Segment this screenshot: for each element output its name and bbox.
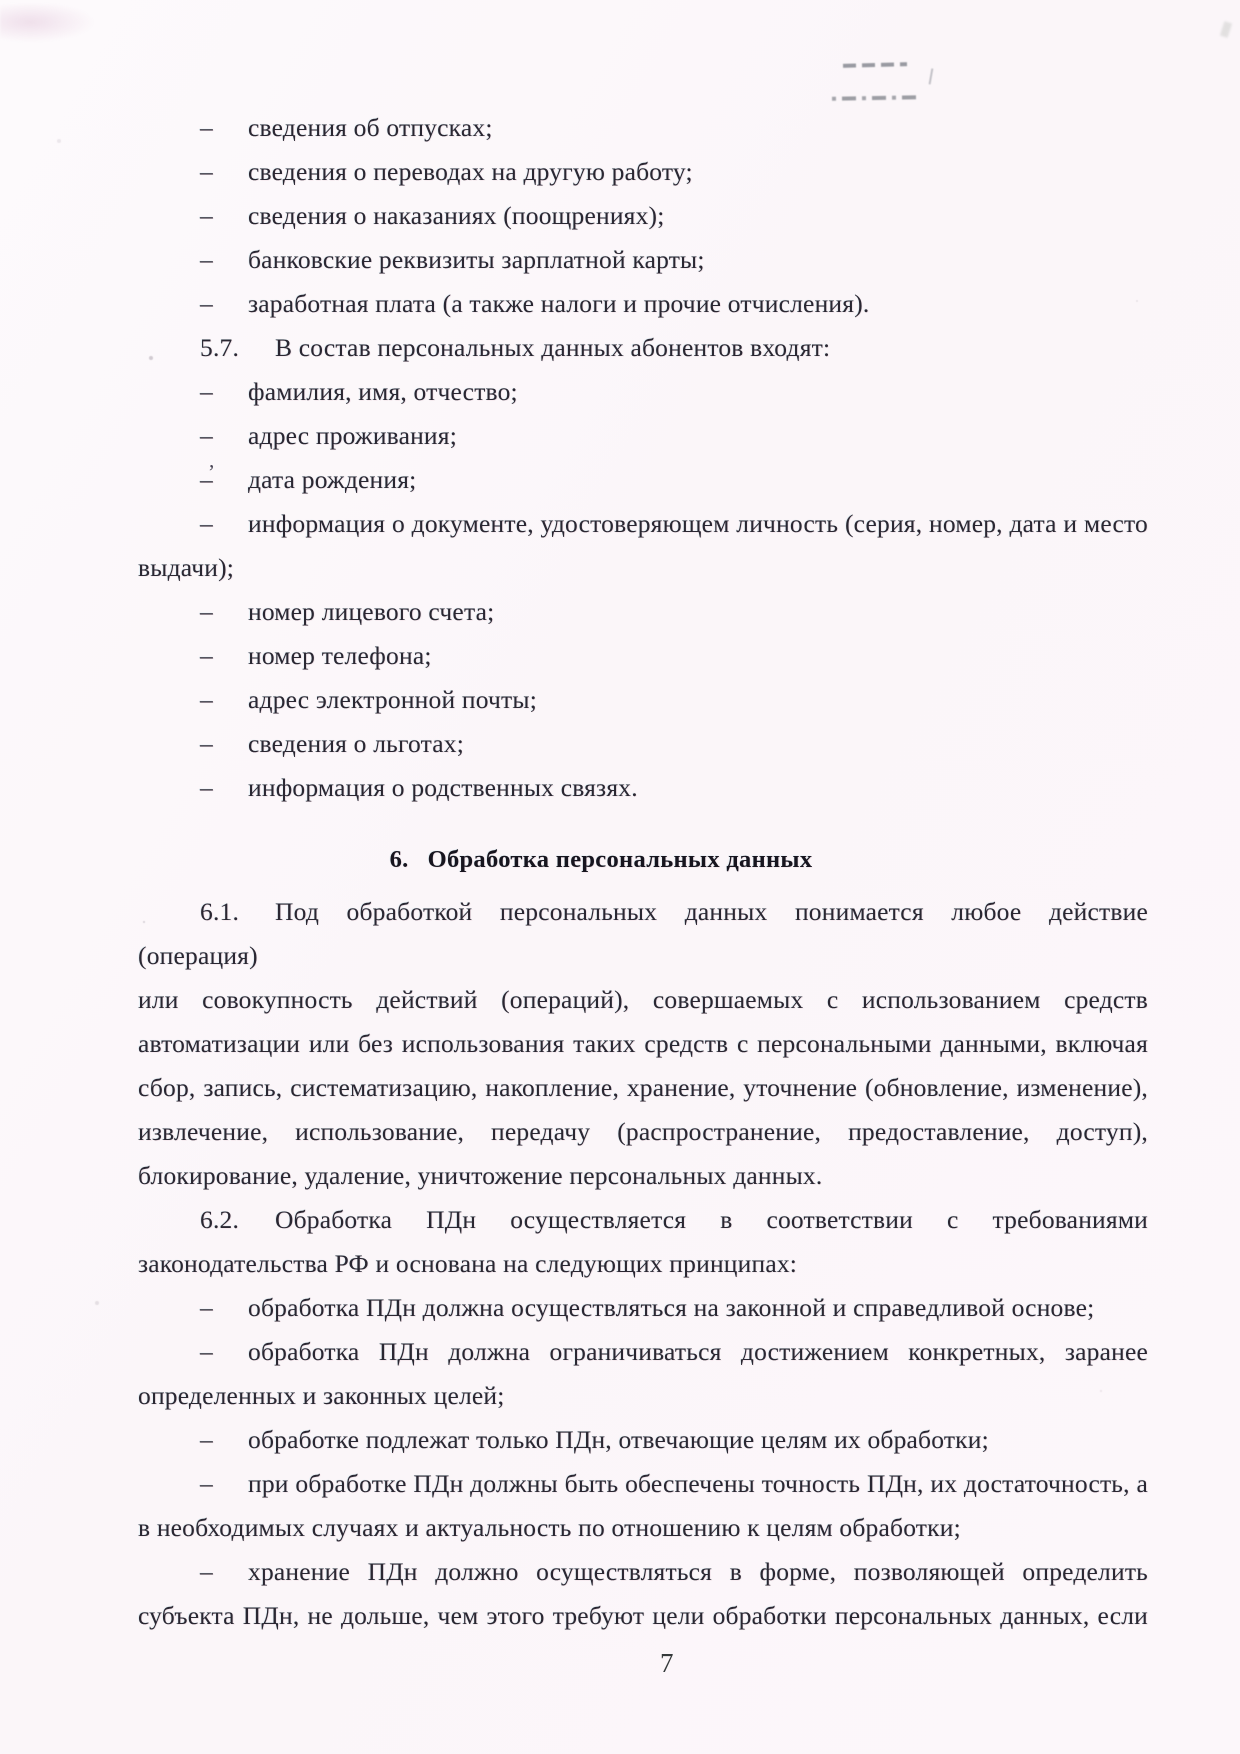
principle-item: –обработка ПДн должна ограничиваться дос… <box>138 1330 1148 1418</box>
principle-line: –хранение ПДн должно осуществляться в фо… <box>138 1550 1148 1594</box>
list-item-text: информация о документе, удостоверяющем л… <box>248 509 1148 538</box>
scan-smudge-dash-2 <box>832 95 920 101</box>
list-dash-icon: – <box>200 458 248 502</box>
clause-number: 6.1. <box>200 890 275 934</box>
list-dash-icon: – <box>200 1330 248 1374</box>
list-item: –фамилия, имя, отчество; <box>138 370 1148 414</box>
list-dash-icon: – <box>200 722 248 766</box>
list-dash-icon: – <box>200 1462 248 1506</box>
list-dash-icon: – <box>200 634 248 678</box>
principle-line: –обработка ПДн должна ограничиваться дос… <box>138 1330 1148 1374</box>
list-item: –сведения о наказаниях (поощрениях); <box>138 194 1148 238</box>
clause-text: Под обработкой персональных данных поним… <box>138 897 1148 970</box>
paragraph-line: 6.2.Обработка ПДн осуществляется в соотв… <box>138 1198 1148 1242</box>
principle-line: –при обработке ПДн должны быть обеспечен… <box>138 1462 1148 1506</box>
paragraph-line: извлечение, использование, передачу (рас… <box>138 1110 1148 1154</box>
list-item: –адрес проживания; <box>138 414 1148 458</box>
list-dash-icon: – <box>200 414 248 458</box>
list-item: –банковские реквизиты зарплатной карты; <box>138 238 1148 282</box>
list-dash-icon: – <box>200 150 248 194</box>
clause-6-1: 6.1.Под обработкой персональных данных п… <box>138 890 1148 1198</box>
paragraph-line: 6.1.Под обработкой персональных данных п… <box>138 890 1148 978</box>
list-item: –сведения об отпусках; <box>138 106 1148 150</box>
list-item-text: сведения о переводах на другую работу; <box>248 157 693 186</box>
list-item-line: –информация о документе, удостоверяющем … <box>138 502 1148 546</box>
list-item-text: банковские реквизиты зарплатной карты; <box>248 245 705 274</box>
list-item-text: дата рождения; <box>248 465 416 494</box>
scan-specks <box>0 0 2 2</box>
principle-item: –обработке подлежат только ПДн, отвечающ… <box>138 1418 1148 1462</box>
principle-text: при обработке ПДн должны быть обеспечены… <box>248 1469 1148 1498</box>
page-number: 7 <box>660 1648 674 1679</box>
paragraph-line: сбор, запись, систематизацию, накопление… <box>138 1066 1148 1110</box>
list-dash-icon: – <box>200 238 248 282</box>
principle-line: в необходимых случаях и актуальность по … <box>138 1506 1148 1550</box>
clause-5-7: 5.7.В состав персональных данных абонент… <box>138 326 1148 370</box>
list-item: –адрес электронной почты; <box>138 678 1148 722</box>
principle-line: субъекта ПДн, не дольше, чем этого требу… <box>138 1594 1148 1638</box>
scan-smudge-top-left <box>0 4 100 44</box>
list-dash-icon: – <box>200 1418 248 1462</box>
list-item: –сведения о льготах; <box>138 722 1148 766</box>
list-dash-icon: – <box>200 282 248 326</box>
list-item-text: сведения об отпусках; <box>248 113 493 142</box>
section-number: 6. <box>390 846 409 873</box>
paragraph-line: или совокупность действий (операций), со… <box>138 978 1148 1022</box>
clause-number: 6.2. <box>200 1198 275 1242</box>
scan-smudge-right-edge <box>1220 21 1232 38</box>
list-item-text: фамилия, имя, отчество; <box>248 377 518 406</box>
list-dash-icon: – <box>200 1286 248 1330</box>
list-dash-icon: – <box>200 1550 248 1594</box>
list-item-text: информация о родственных связях. <box>248 773 638 802</box>
list-item: –дата рождения; <box>138 458 1148 502</box>
principle-text: обработка ПДн должна ограничиваться дост… <box>248 1337 1148 1366</box>
principle-item: –хранение ПДн должно осуществляться в фо… <box>138 1550 1148 1638</box>
principle-item: –обработка ПДн должна осуществляться на … <box>138 1286 1148 1330</box>
list-item: –номер лицевого счета; <box>138 590 1148 634</box>
clause-text: В состав персональных данных абонентов в… <box>275 333 830 362</box>
scan-smudge-dash-1 <box>843 62 907 68</box>
list-item-text: адрес электронной почты; <box>248 685 537 714</box>
list-dash-icon: – <box>200 766 248 810</box>
list-item-line: выдачи); <box>138 546 1148 590</box>
list-item-text: сведения о наказаниях (поощрениях); <box>248 201 665 230</box>
scan-smudge-tick <box>924 68 934 85</box>
paragraph-line: законодательства РФ и основана на следую… <box>138 1242 1148 1286</box>
principle-item: –при обработке ПДн должны быть обеспечен… <box>138 1462 1148 1550</box>
list-item: –информация о родственных связях. <box>138 766 1148 810</box>
section-6-heading: 6.Обработка персональных данных <box>96 838 1106 882</box>
list-item-document-info: –информация о документе, удостоверяющем … <box>138 502 1148 590</box>
list-dash-icon: – <box>200 678 248 722</box>
list-item-text: номер лицевого счета; <box>248 597 494 626</box>
list-item: –сведения о переводах на другую работу; <box>138 150 1148 194</box>
list-item-text: заработная плата (а также налоги и прочи… <box>248 289 869 318</box>
principle-line: определенных и законных целей; <box>138 1374 1148 1418</box>
list-item-text: адрес проживания; <box>248 421 457 450</box>
list-item: –номер телефона; <box>138 634 1148 678</box>
document-body: –сведения об отпусках; –сведения о перев… <box>138 106 1148 1638</box>
scanned-document-page: ’ –сведения об отпусках; –сведения о пер… <box>0 0 1240 1754</box>
list-item-text: номер телефона; <box>248 641 432 670</box>
list-item: –заработная плата (а также налоги и проч… <box>138 282 1148 326</box>
list-dash-icon: – <box>200 194 248 238</box>
list-dash-icon: – <box>200 106 248 150</box>
list-dash-icon: – <box>200 370 248 414</box>
clause-text: Обработка ПДн осуществляется в соответст… <box>275 1205 1148 1234</box>
paragraph-line: блокирование, удаление, уничтожение перс… <box>138 1154 1148 1198</box>
clause-6-2: 6.2.Обработка ПДн осуществляется в соотв… <box>138 1198 1148 1286</box>
list-item-text: сведения о льготах; <box>248 729 464 758</box>
list-dash-icon: – <box>200 590 248 634</box>
section-title: Обработка персональных данных <box>428 846 813 873</box>
principle-text: обработка ПДн должна осуществляться на з… <box>248 1293 1094 1322</box>
clause-number: 5.7. <box>200 326 275 370</box>
paragraph-line: автоматизации или без использования таки… <box>138 1022 1148 1066</box>
list-dash-icon: – <box>200 502 248 546</box>
principle-text: хранение ПДн должно осуществляться в фор… <box>248 1557 1148 1586</box>
principle-text: обработке подлежат только ПДн, отвечающи… <box>248 1425 989 1454</box>
